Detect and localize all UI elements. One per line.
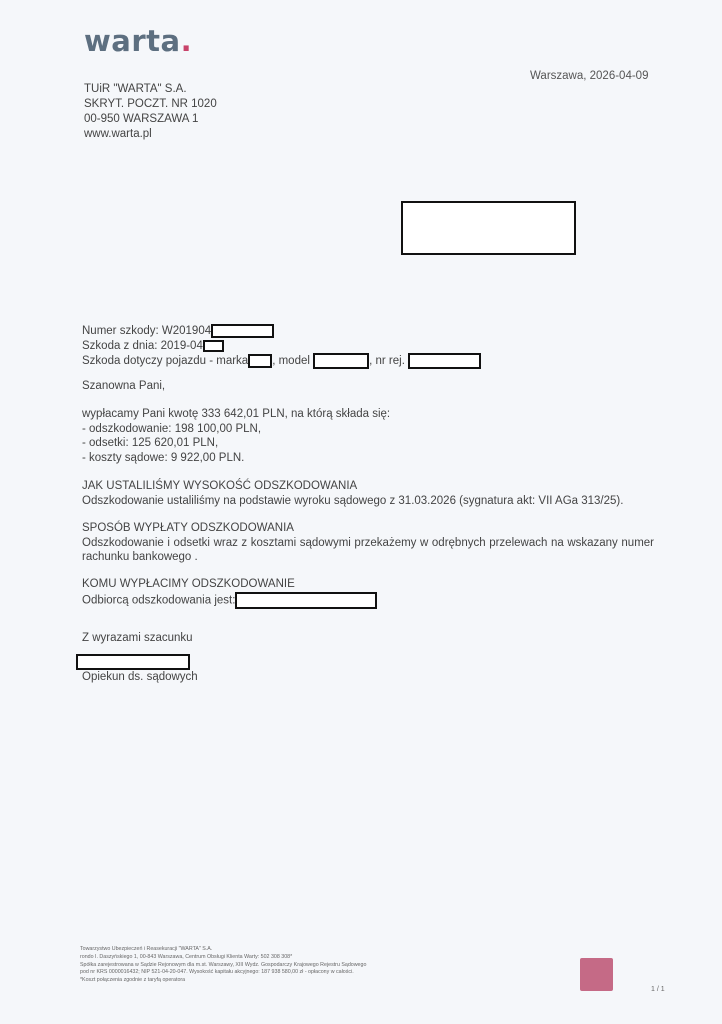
section-heading: SPOSÓB WYPŁATY ODSZKODOWANIA (82, 521, 654, 536)
sender-address: TUiR "WARTA" S.A. SKRYT. POCZT. NR 1020 … (84, 82, 217, 142)
logo-dot: . (181, 24, 193, 58)
claim-details: Numer szkody: W201904 Szkoda z dnia: 201… (82, 324, 481, 369)
warta-logo: warta. (84, 24, 192, 58)
section-how-calculated: JAK USTALILIŚMY WYSOKOŚĆ ODSZKODOWANIA O… (82, 479, 652, 508)
sender-line: TUiR "WARTA" S.A. (84, 82, 217, 97)
section-text: Odszkodowanie i odsetki wraz z kosztami … (82, 536, 654, 565)
redacted-claim-number (211, 324, 274, 338)
sender-line: SKRYT. POCZT. NR 1020 (84, 97, 217, 112)
claim-date-row: Szkoda z dnia: 2019-04 (82, 339, 481, 354)
payment-item: - odsetki: 125 620,01 PLN, (82, 436, 390, 451)
letter-date: Warszawa, 2026-04-09 (530, 70, 648, 82)
redacted-beneficiary (235, 592, 377, 609)
claim-number-row: Numer szkody: W201904 (82, 324, 481, 339)
section-recipient: KOMU WYPŁACIMY ODSZKODOWANIE Odbiorcą od… (82, 577, 377, 609)
vehicle-label: Szkoda dotyczy pojazdu - marka (82, 355, 248, 367)
redacted-signatory-name (76, 654, 190, 670)
sender-website: www.warta.pl (84, 127, 217, 142)
page-number: 1 / 1 (651, 986, 665, 993)
sender-line: 00-950 WARSZAWA 1 (84, 112, 217, 127)
footer-line: pod nr KRS 0000016432; NIP 521-04-20-047… (80, 969, 366, 977)
redacted-recipient-address (401, 201, 576, 255)
footer-line: rondo I. Daszyńskiego 1, 00-843 Warszawa… (80, 954, 366, 962)
section-heading: JAK USTALILIŚMY WYSOKOŚĆ ODSZKODOWANIA (82, 479, 652, 494)
payment-item: - odszkodowanie: 198 100,00 PLN, (82, 422, 390, 437)
reg-label: , nr rej. (369, 355, 405, 367)
payment-breakdown: wypłacamy Pani kwotę 333 642,01 PLN, na … (82, 407, 390, 465)
redacted-claim-day (203, 340, 224, 352)
logo-text: warta (84, 24, 181, 58)
claim-date-label: Szkoda z dnia: 2019-04 (82, 340, 203, 352)
vehicle-row: Szkoda dotyczy pojazdu - marka, model , … (82, 353, 481, 369)
section-text: Odszkodowanie ustaliliśmy na podstawie w… (82, 494, 652, 509)
footer-line: Towarzystwo Ubezpieczeń i Reasekuracji "… (80, 946, 366, 954)
payment-intro: wypłacamy Pani kwotę 333 642,01 PLN, na … (82, 407, 390, 422)
signatory-title: Opiekun ds. sądowych (82, 670, 198, 685)
closing: Z wyrazami szacunku (82, 631, 193, 646)
salutation: Szanowna Pani, (82, 379, 165, 394)
payment-item: - koszty sądowe: 9 922,00 PLN. (82, 451, 390, 466)
pink-stamp-mark (580, 958, 613, 991)
company-footer: Towarzystwo Ubezpieczeń i Reasekuracji "… (80, 946, 366, 985)
section-text: Odbiorcą odszkodowania jest: (82, 594, 235, 606)
redacted-model (313, 353, 369, 369)
footer-line: Spółka zarejestrowana w Sądzie Rejonowym… (80, 962, 366, 970)
model-label: , model (272, 355, 310, 367)
redacted-make (248, 354, 272, 368)
redacted-registration (408, 353, 481, 369)
claim-number-label: Numer szkody: W201904 (82, 325, 211, 337)
section-heading: KOMU WYPŁACIMY ODSZKODOWANIE (82, 577, 377, 592)
footer-line: *Koszt połączenia zgodnie z taryfą opera… (80, 977, 366, 985)
section-payment-method: SPOSÓB WYPŁATY ODSZKODOWANIA Odszkodowan… (82, 521, 654, 565)
